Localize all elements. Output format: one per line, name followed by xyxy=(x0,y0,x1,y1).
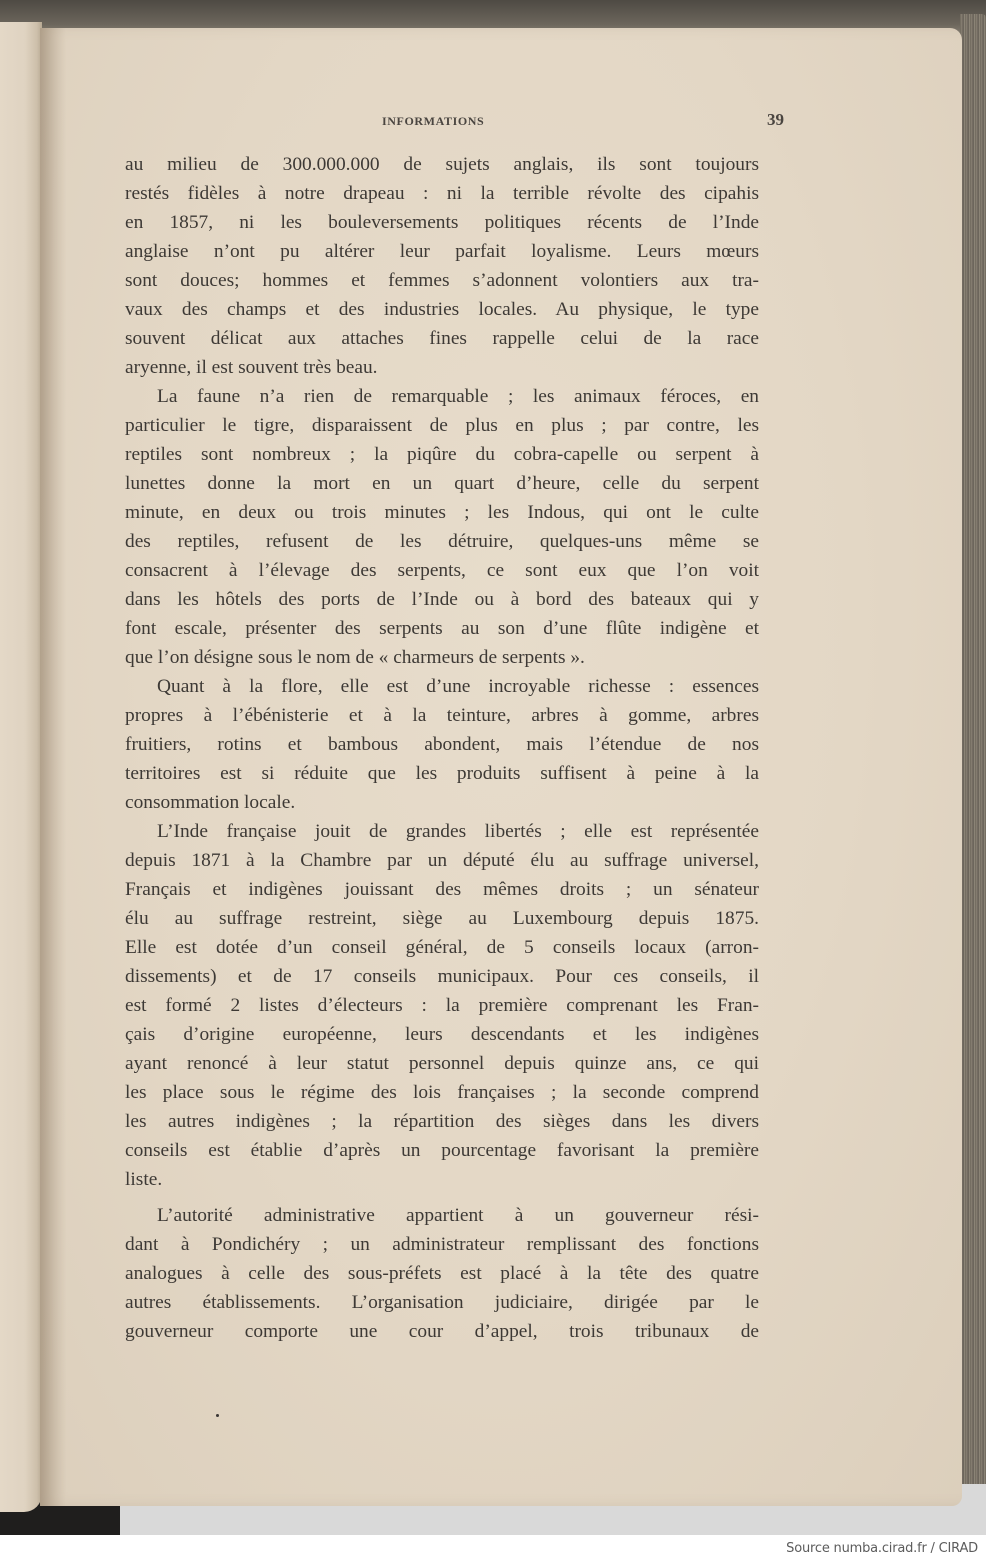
text-line: L’Inde française jouit de grandes libert… xyxy=(125,817,759,846)
text-line: dissements) et de 17 conseils municipaux… xyxy=(125,962,759,991)
text-line: autres établissements. L’organisation ju… xyxy=(125,1288,759,1317)
text-line: dans les hôtels des ports de l’Inde ou à… xyxy=(125,585,759,614)
text-line: çais d’origine européenne, leurs descend… xyxy=(125,1020,759,1049)
text-line: La faune n’a rien de remarquable ; les a… xyxy=(125,382,759,411)
text-line: les autres indigènes ; la répartition de… xyxy=(125,1107,759,1136)
text-line: font escale, présenter des serpents au s… xyxy=(125,614,759,643)
text-line: est formé 2 listes d’électeurs : la prem… xyxy=(125,991,759,1020)
running-head: INFORMATIONS xyxy=(382,114,484,129)
paragraph: au milieu de 300.000.000 de sujets angla… xyxy=(125,150,759,382)
page-stack-edge xyxy=(960,14,986,1484)
paper-speck xyxy=(216,1414,219,1417)
text-line: vaux des champs et des industries locale… xyxy=(125,295,759,324)
text-line: que l’on désigne sous le nom de « charme… xyxy=(125,643,759,672)
text-line: au milieu de 300.000.000 de sujets angla… xyxy=(125,150,759,179)
text-line: minute, en deux ou trois minutes ; les I… xyxy=(125,498,759,527)
text-line: restés fidèles à notre drapeau : ni la t… xyxy=(125,179,759,208)
text-line: fruitiers, rotins et bambous abondent, m… xyxy=(125,730,759,759)
text-line: sont douces; hommes et femmes s’adonnent… xyxy=(125,266,759,295)
text-line: anglaise n’ont pu altérer leur parfait l… xyxy=(125,237,759,266)
body-text: au milieu de 300.000.000 de sujets angla… xyxy=(125,150,759,1346)
text-line: lunettes donne la mort en un quart d’heu… xyxy=(125,469,759,498)
gutter-shadow xyxy=(40,28,66,1506)
text-line: liste. xyxy=(125,1165,759,1194)
text-line: dant à Pondichéry ; un administrateur re… xyxy=(125,1230,759,1259)
text-line: Français et indigènes jouissant des même… xyxy=(125,875,759,904)
source-credit: Source numba.cirad.fr / CIRAD xyxy=(786,1541,978,1556)
text-line: ayant renoncé à leur statut personnel de… xyxy=(125,1049,759,1078)
text-line: Quant à la flore, elle est d’une incroya… xyxy=(125,672,759,701)
text-line: territoires est si réduite que les produ… xyxy=(125,759,759,788)
text-line: depuis 1871 à la Chambre par un député é… xyxy=(125,846,759,875)
text-line: en 1857, ni les bouleversements politiqu… xyxy=(125,208,759,237)
text-line: conseils est établie d’après un pourcent… xyxy=(125,1136,759,1165)
text-line: souvent délicat aux attaches fines rappe… xyxy=(125,324,759,353)
text-line: des reptiles, refusent de les détruire, … xyxy=(125,527,759,556)
paragraph: La faune n’a rien de remarquable ; les a… xyxy=(125,382,759,672)
paragraph: Quant à la flore, elle est d’une incroya… xyxy=(125,672,759,817)
text-line: élu au suffrage restreint, siège au Luxe… xyxy=(125,904,759,933)
book-page: INFORMATIONS 39 au milieu de 300.000.000… xyxy=(40,28,962,1506)
text-line: analogues à celle des sous-préfets est p… xyxy=(125,1259,759,1288)
text-line: L’autorité administrative appartient à u… xyxy=(125,1201,759,1230)
scanned-book-spread: INFORMATIONS 39 au milieu de 300.000.000… xyxy=(0,0,986,1535)
text-line: consommation locale. xyxy=(125,788,759,817)
text-line: reptiles sont nombreux ; la piqûre du co… xyxy=(125,440,759,469)
text-line: gouverneur comporte une cour d’appel, tr… xyxy=(125,1317,759,1346)
facing-page-left xyxy=(0,22,42,1512)
text-line: consacrent à l’élevage des serpents, ce … xyxy=(125,556,759,585)
page-number: 39 xyxy=(767,110,784,130)
text-line: Elle est dotée d’un conseil général, de … xyxy=(125,933,759,962)
text-line: les place sous le régime des lois frança… xyxy=(125,1078,759,1107)
text-line: aryenne, il est souvent très beau. xyxy=(125,353,759,382)
text-line: particulier le tigre, disparaissent de p… xyxy=(125,411,759,440)
paragraph: L’autorité administrative appartient à u… xyxy=(125,1201,759,1346)
paragraph: L’Inde française jouit de grandes libert… xyxy=(125,817,759,1194)
text-line: propres à l’ébénisterie et à la teinture… xyxy=(125,701,759,730)
